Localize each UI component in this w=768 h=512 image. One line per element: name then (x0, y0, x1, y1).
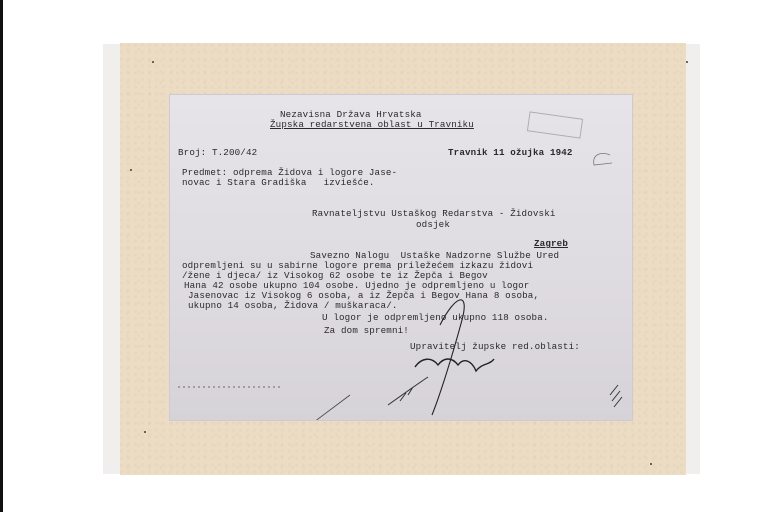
mat-speck (152, 61, 154, 63)
signature-ink (170, 95, 632, 420)
document-photo: Nezavisna Država Hrvatska Župska redarst… (170, 95, 632, 420)
mat-speck (650, 463, 652, 465)
mat-speck (130, 169, 132, 171)
mat-speck (686, 61, 688, 63)
mat-speck (144, 431, 146, 433)
scan-edge (0, 0, 3, 512)
